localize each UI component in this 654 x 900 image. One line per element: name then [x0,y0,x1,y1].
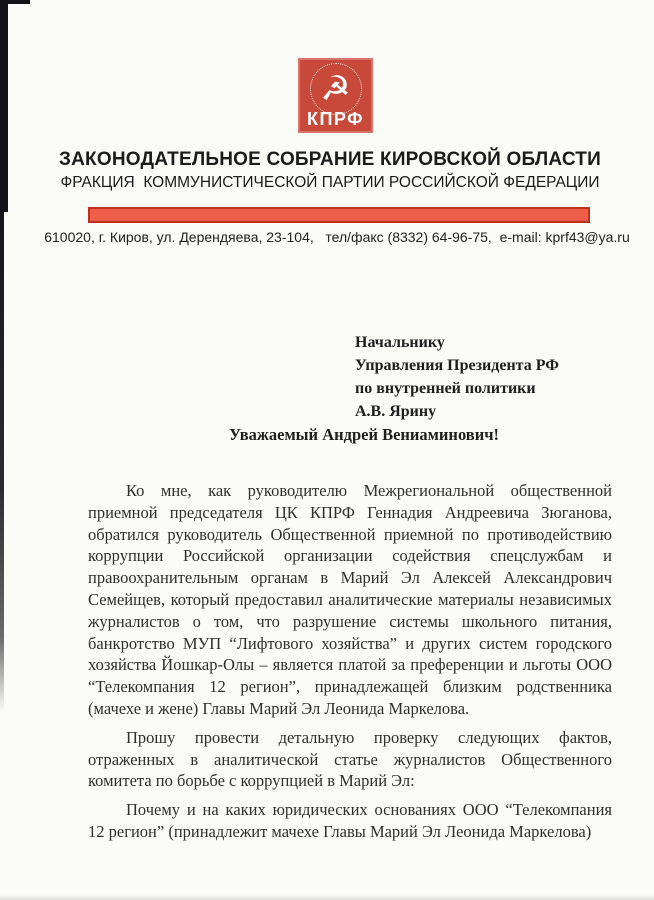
org-subtitle: ФРАКЦИЯ КОММУНИСТИЧЕСКОЙ ПАРТИИ РОССИЙСК… [0,174,654,192]
recipient-line: по внутренней политики [355,377,559,400]
emblem-ring: ☭ [310,63,362,115]
recipient-line: Начальнику [355,331,559,354]
letterhead-divider-bar [88,207,590,223]
scan-edge-artifact-bottom [0,895,654,900]
kprf-logo: ☭ КПРФ [298,58,373,133]
body-paragraph: Прошу провести детальную проверку следую… [88,727,612,792]
body-paragraph: Почему и на каких юридических основаниях… [88,799,612,843]
letter-body: Ко мне, как руководителю Межрегиональной… [88,480,612,850]
hammer-and-sickle-icon: ☭ [320,72,350,106]
contact-line: 610020, г. Киров, ул. Дерендяева, 23-104… [10,229,654,245]
scan-edge-artifact-corner [0,0,30,4]
recipient-line: А.В. Ярину [355,400,559,423]
recipient-line: Управления Президента РФ [355,354,559,377]
scanned-letter-page: ☭ КПРФ ЗАКОНОДАТЕЛЬНОЕ СОБРАНИЕ КИРОВСКО… [0,0,654,900]
org-title: ЗАКОНОДАТЕЛЬНОЕ СОБРАНИЕ КИРОВСКОЙ ОБЛАС… [0,149,654,171]
logo-acronym: КПРФ [298,109,373,130]
scan-edge-artifact-middle [0,212,4,712]
recipient-block: Начальнику Управления Президента РФ по в… [355,331,559,423]
salutation: Уважаемый Андрей Вениаминович! [114,425,614,445]
body-paragraph: Ко мне, как руководителю Межрегиональной… [88,480,612,720]
